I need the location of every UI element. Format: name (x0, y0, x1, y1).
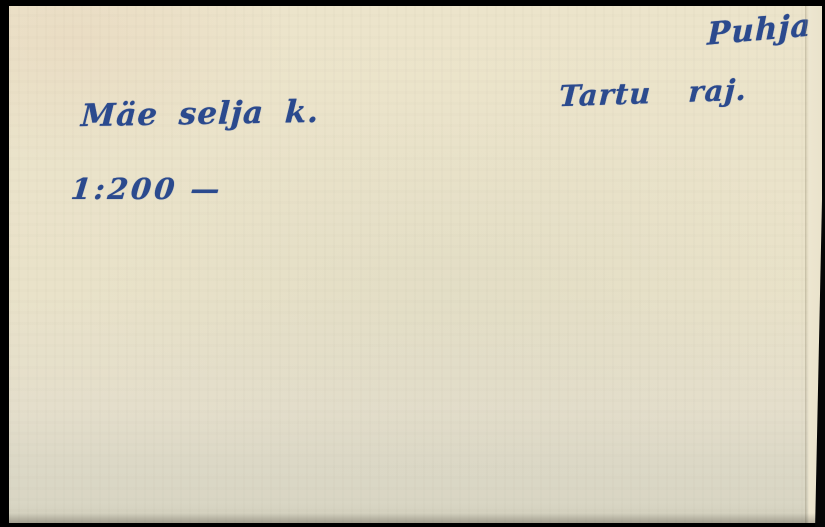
scanned-card: Puhja Tartu raj. Mäe selja k. 1:200 — (0, 0, 825, 527)
district-handwriting: Tartu raj. (558, 73, 748, 114)
scale-handwriting: 1:200 — (69, 172, 224, 206)
bottom-scan-shadow (9, 513, 822, 523)
corner-label-handwriting: Puhja (707, 7, 812, 52)
place-name-handwriting: Mäe selja k. (80, 94, 320, 134)
card-paper: Puhja Tartu raj. Mäe selja k. 1:200 — (9, 6, 822, 523)
